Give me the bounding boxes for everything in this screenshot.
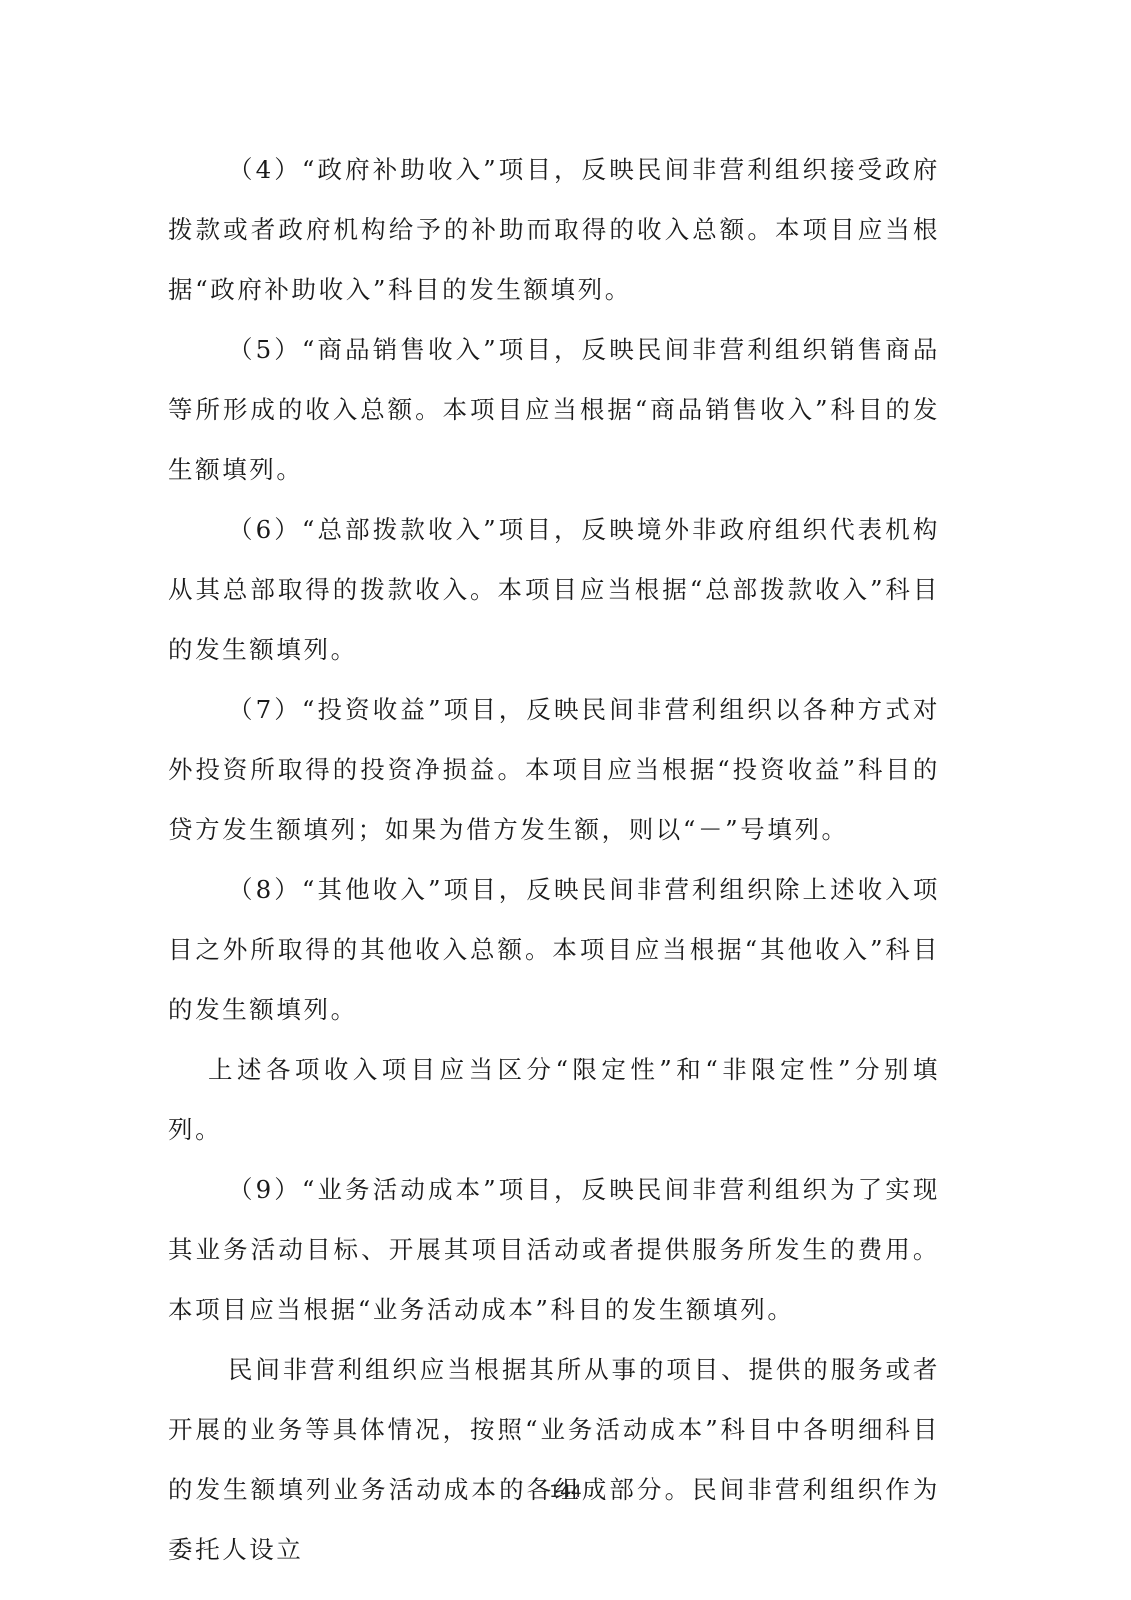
document-body: （4）“政府补助收入”项目，反映民间非营利组织接受政府拨款或者政府机构给予的补助… — [168, 140, 940, 1580]
paragraph-income-note: 上述各项收入项目应当区分“限定性”和“非限定性”分别填列。 — [168, 1040, 940, 1160]
paragraph-item-8: （8）“其他收入”项目，反映民间非营利组织除上述收入项目之外所取得的其他收入总额… — [168, 860, 940, 1040]
paragraph-cost-note: 民间非营利组织应当根据其所从事的项目、提供的服务或者开展的业务等具体情况，按照“… — [168, 1340, 940, 1580]
page-number: 144 — [0, 1482, 1131, 1502]
paragraph-item-7: （7）“投资收益”项目，反映民间非营利组织以各种方式对外投资所取得的投资净损益。… — [168, 680, 940, 860]
paragraph-item-4: （4）“政府补助收入”项目，反映民间非营利组织接受政府拨款或者政府机构给予的补助… — [168, 140, 940, 320]
paragraph-item-6: （6）“总部拨款收入”项目，反映境外非政府组织代表机构从其总部取得的拨款收入。本… — [168, 500, 940, 680]
paragraph-item-5: （5）“商品销售收入”项目，反映民间非营利组织销售商品等所形成的收入总额。本项目… — [168, 320, 940, 500]
paragraph-item-9: （9）“业务活动成本”项目，反映民间非营利组织为了实现其业务活动目标、开展其项目… — [168, 1160, 940, 1340]
